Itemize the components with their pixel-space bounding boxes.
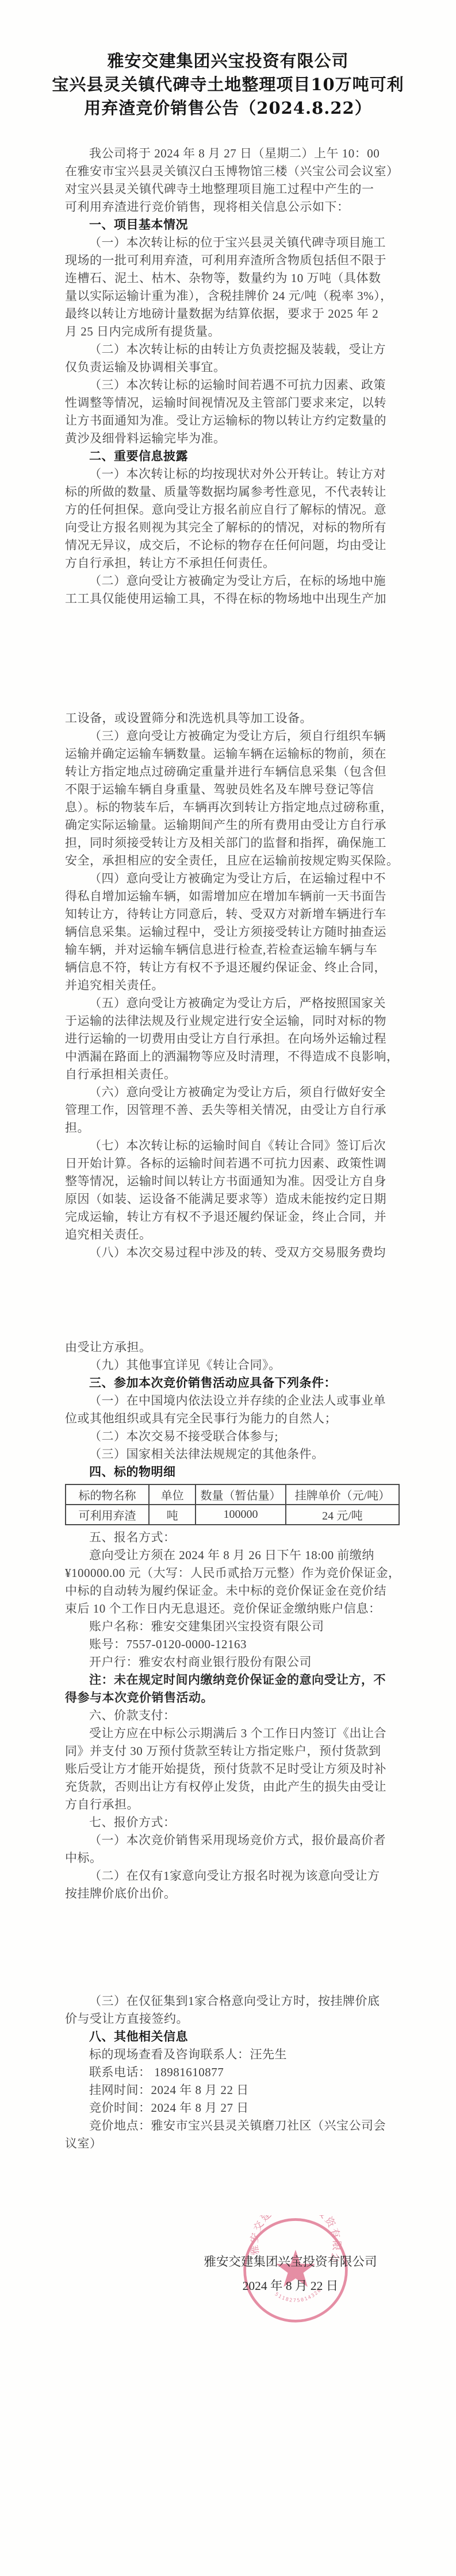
page-block-1: 我公司将于 2024 年 8 月 27 日（星期二）上午 10：00在雅安市宝兴… [65, 145, 400, 608]
text-line: 六、价款支付： [65, 1707, 400, 1725]
text-line: 在雅安市宝兴县灵关镇汉白玉博物馆三楼（兴宝公司会议室） [65, 163, 400, 180]
text-line: 方的任何担保。意向受让方报名前应自行了解标的情况。意 [65, 501, 400, 519]
page-block-2: 工设备，或设置筛分和洗选机具等加工设备。（三）意向受让方被确定为受让方后，须自行… [65, 709, 400, 1262]
text-line: 按挂牌价底价出价。 [65, 1885, 400, 1903]
text-line: ¥100000.00 元（大写：人民币贰拾万元整）作为竞价保证金， [65, 1564, 400, 1582]
text-line: 黄沙及细骨料运输完毕为准。 [65, 430, 400, 448]
text-line: 束后 10 个工作日内无息退还。竞价保证金缴纳账户信息： [65, 1600, 400, 1618]
text-line: 受让方应在中标公示期满后 3 个工作日内签订《出让合 [65, 1725, 400, 1742]
text-line: （二）本次转让标的由转让方负责挖掘及装载，受让方 [65, 341, 400, 358]
text-line: 由受让方承担。 [65, 1339, 400, 1356]
text-line: 可利用弃渣进行竞价销售，现将相关信息公示如下： [65, 198, 400, 216]
text-line: 息）。标的物装车后，车辆再次到转让方指定地点过磅称重， [65, 799, 400, 816]
text-line: 充货款，否则出让方有权停止发货，由此产生的损失由受让 [65, 1778, 400, 1796]
table-header-row: 标的物名称单位数量（暂估量）挂牌单价（元/吨） [66, 1484, 399, 1505]
text-line: 仅负责运输及协调相关事宜。 [65, 358, 400, 376]
page-block-4: （三）在仅征集到1家合格意向受让方时，按挂牌价底价与受让方直接签约。八、其他相关… [65, 1992, 400, 2153]
text-line: （三）国家相关法律法规规定的其他条件。 [65, 1445, 400, 1463]
text-line: （二）在仅有1家意向受让方报名时视为该意向受让方 [65, 1867, 400, 1885]
text-line: 对宝兴县灵关镇代碑寺土地整理项目施工过程中产生的一 [65, 180, 400, 198]
text-line: 联系电话： 18981610877 [65, 2064, 400, 2081]
text-line: （一）本次竞价销售采用现场竞价方式，报价最高价者 [65, 1831, 400, 1849]
text-line: 自行承担相关责任。 [65, 1066, 400, 1083]
text-line: 现场的一批可利用弃渣，可利用弃渣所含物质包括但不限于 [65, 252, 400, 269]
text-line: 意向受让方须在 2024 年 8 月 26 日下午 18:00 前缴纳 [65, 1547, 400, 1564]
text-line: 安全，承担相应的安全责任，且应在运输前按规定购买保险。 [65, 852, 400, 870]
text-line: 中标的自动转为履约保证金。未中标的竞价保证金在竞价结 [65, 1582, 400, 1600]
text-line: 方自行承担，转让方不承担任何责任。 [65, 554, 400, 572]
text-line: （二）意向受让方被确定为受让方后，在标的场地中施 [65, 572, 400, 590]
text-line: 方自行承担。 [65, 1796, 400, 1814]
table-cell: 100000 [196, 1505, 286, 1525]
table-row: 可利用弃渣吨10000024 元/吨 [66, 1505, 399, 1525]
section-heading: 二、重要信息披露 [65, 448, 400, 465]
text-line: 工设备，或设置筛分和洗选机具等加工设备。 [65, 709, 400, 727]
table-header-cell: 标的物名称 [66, 1484, 149, 1505]
text-line: （一）在中国境内依法设立并存续的企业法人或事业单 [65, 1392, 400, 1410]
text-line: 同》并支付 30 万预付货款至转让方指定账户，预付货款到 [65, 1742, 400, 1760]
text-line: 账号：7557-0120-0000-12163 [65, 1636, 400, 1653]
text-line: （一）本次转让标的位于宝兴县灵关镇代碑寺项目施工 [65, 234, 400, 252]
text-line: 我公司将于 2024 年 8 月 27 日（星期二）上午 10：00 [65, 145, 400, 163]
text-line: （二）本次交易不接受联合体参与; [65, 1428, 400, 1445]
title-line-2: 宝兴县灵关镇代碑寺土地整理项目10万吨可利 [0, 73, 456, 97]
text-line: （八）本次交易过程中涉及的转、受双方交易服务费均 [65, 1244, 400, 1262]
text-line: 价与受让方直接签约。 [65, 2010, 400, 2028]
text-line: 让方书面通知为准。受让方运输标的物以转让方约定数量的 [65, 412, 400, 430]
text-line: 最终以转让方地磅计量数据为结算依据，要求于 2025 年 2 [65, 305, 400, 323]
text-line: 量以实际运输计重为准），含税挂牌价 24 元/吨（税率 3%）， [65, 287, 400, 305]
text-line: 中标。 [65, 1849, 400, 1867]
text-line: 管理工作，因管理不善、丢失等相关情况，由受让方自行承 [65, 1101, 400, 1119]
text-line: 知转让方，待转让方同意后，转、受双方对新增车辆进行车 [65, 905, 400, 923]
text-line: （六）意向受让方被确定为受让方后，须自行做好安全 [65, 1083, 400, 1101]
text-line: 标的所做的数量、质量等数据均属参考性意见，不代表转让 [65, 483, 400, 501]
text-line: 进行运输的一切费用由受让方自行承担。在向场外运输过程 [65, 1030, 400, 1048]
section-heading: 一、项目基本情况 [65, 216, 400, 234]
section-heading: 四、标的物明细 [65, 1463, 400, 1481]
text-line: 运输并确定运输车辆数量。运输车辆在运输标的物前，须在 [65, 745, 400, 763]
text-line: 得私自增加运输车辆，如需增加应在增加车辆前一天书面告 [65, 888, 400, 905]
text-line: （五）意向受让方被确定为受让方后，严格按照国家关 [65, 994, 400, 1012]
text-line: 确定实际运输量。运输期间产生的所有费用由受让方自行承 [65, 816, 400, 834]
text-line: 月 25 日内完成所有提货量。 [65, 323, 400, 341]
document-title: 雅安交建集团兴宝投资有限公司 宝兴县灵关镇代碑寺土地整理项目10万吨可利 用弃渣… [0, 49, 456, 120]
text-line: 五、报名方式： [65, 1529, 400, 1547]
text-line: 输车辆，并对运输车辆信息进行检查,若检查运输车辆与车 [65, 941, 400, 959]
text-line: 日开始计算。各标的运输时间若遇不可抗力因素、政策性调 [65, 1155, 400, 1173]
text-line: 注：未在规定时间内缴纳竞价保证金的意向受让方，不 [65, 1671, 400, 1689]
section-heading: 三、参加本次竞价销售活动应具备下列条件： [65, 1374, 400, 1392]
text-line: 挂网时间：2024 年 8 月 22 日 [65, 2081, 400, 2099]
page-block-3: 由受让方承担。（九）其他事宜详见《转让合同》。三、参加本次竞价销售活动应具备下列… [65, 1339, 400, 1903]
text-line: 标的现场查看及咨询联系人：汪先生 [65, 2046, 400, 2064]
text-line: 议室） [65, 2135, 400, 2153]
text-line: （四）意向受让方被确定为受让方后，在运输过程中不 [65, 870, 400, 888]
section-heading: 八、其他相关信息 [65, 2028, 400, 2046]
signature-date: 2024 年 8 月 22 日 [184, 2274, 397, 2298]
table-cell: 可利用弃渣 [66, 1505, 149, 1525]
text-line: （三）意向受让方被确定为受让方后，须自行组织车辆 [65, 727, 400, 745]
text-line: （三）在仅征集到1家合格意向受让方时，按挂牌价底 [65, 1992, 400, 2010]
text-line: 账后受让方才能开始提货，预付货款不足时受让方须及时补 [65, 1760, 400, 1778]
text-line: 竞价时间：2024 年 8 月 27 日 [65, 2099, 400, 2117]
text-line: 原因（如装、运设备不能满足要求等）造成未能按约定日期 [65, 1190, 400, 1208]
text-line: 辆信息采集。运输过程中，受让方须接受转让方随时抽查运 [65, 923, 400, 941]
table-header-cell: 单位 [149, 1484, 196, 1505]
text-line: 七、报价方式： [65, 1814, 400, 1831]
text-line: 整等情况，运输时间以转让方书面通知为准。因受让方自身 [65, 1173, 400, 1190]
table-cell: 吨 [149, 1505, 196, 1525]
text-line: 向受让方报名则视为其完全了解标的的情况，对标的物所有 [65, 519, 400, 537]
table-header-cell: 挂牌单价（元/吨） [286, 1484, 399, 1505]
text-line: 工工具仅能使用运输工具，不得在标的物场地中出现生产加 [65, 590, 400, 608]
text-line: 开户行：雅安农村商业银行股份有限公司 [65, 1653, 400, 1671]
text-line: 中洒漏在路面上的洒漏物等应及时清理，不得造成不良影响， [65, 1048, 400, 1066]
text-line: 位或其他组织或具有完全民事行为能力的自然人； [65, 1410, 400, 1428]
text-line: （九）其他事宜详见《转让合同》。 [65, 1356, 400, 1374]
text-line: 转让方指定地点过磅确定重量并进行车辆信息采集（包含但 [65, 763, 400, 781]
scanned-page: 雅安交建集团兴宝投资有限公司 宝兴县灵关镇代碑寺土地整理项目10万吨可利 用弃渣… [0, 0, 456, 2576]
text-line: 性调整等情况，运输时间视情况及主管部门要求来定，以转 [65, 394, 400, 412]
signature-company: 雅安交建集团兴宝投资有限公司 [184, 2250, 397, 2274]
text-line: 情况无异议，成交后，不论标的物存在任何问题，均由受让 [65, 537, 400, 554]
text-line: 追究相关责任。 [65, 1226, 400, 1244]
text-line: 完成运输，转让方有权不予退还履约保证金，终止合同，并 [65, 1208, 400, 1226]
text-line: （一）本次转让标的均按现状对外公开转让。转让方对 [65, 465, 400, 483]
text-line: 得参与本次竞价销售活动。 [65, 1689, 400, 1707]
text-line: （七）本次转让标的运输时间自《转让合同》签订后次 [65, 1137, 400, 1155]
text-line: （三）本次转让标的运输时间若遇不可抗力因素、政策 [65, 376, 400, 394]
text-line: 竞价地点：雅安市宝兴县灵关镇磨刀社区（兴宝公司会 [65, 2117, 400, 2135]
text-line: 辆信息不符，转让方有权不予退还履约保证金、终止合同， [65, 959, 400, 977]
title-line-3: 用弃渣竞价销售公告（2024.8.22） [0, 97, 456, 120]
text-line: 并追究相关责任。 [65, 977, 400, 994]
table-header-cell: 数量（暂估量） [196, 1484, 286, 1505]
text-line: 担。 [65, 1119, 400, 1137]
title-line-1: 雅安交建集团兴宝投资有限公司 [0, 49, 456, 73]
text-line: 账户名称：雅安交建集团兴宝投资有限公司 [65, 1618, 400, 1636]
text-line: 不限于运输车辆自身重量、驾驶员姓名及车牌号登记等信 [65, 781, 400, 799]
table-cell: 24 元/吨 [286, 1505, 399, 1525]
text-line: 连槽石、泥土、枯木、杂物等，数量约为 10 万吨（具体数 [65, 269, 400, 287]
subject-matter-table: 标的物名称单位数量（暂估量）挂牌单价（元/吨）可利用弃渣吨10000024 元/… [65, 1484, 400, 1525]
text-line: 担，同时须接受转让方及相关部门的监督和指挥，确保施工 [65, 834, 400, 852]
signature-block: 雅安交建集团兴宝投资有限公司 2024 年 8 月 22 日 [184, 2250, 397, 2298]
text-line: 于运输的法律法规及行业规定进行安全运输，同时对标的物 [65, 1012, 400, 1030]
